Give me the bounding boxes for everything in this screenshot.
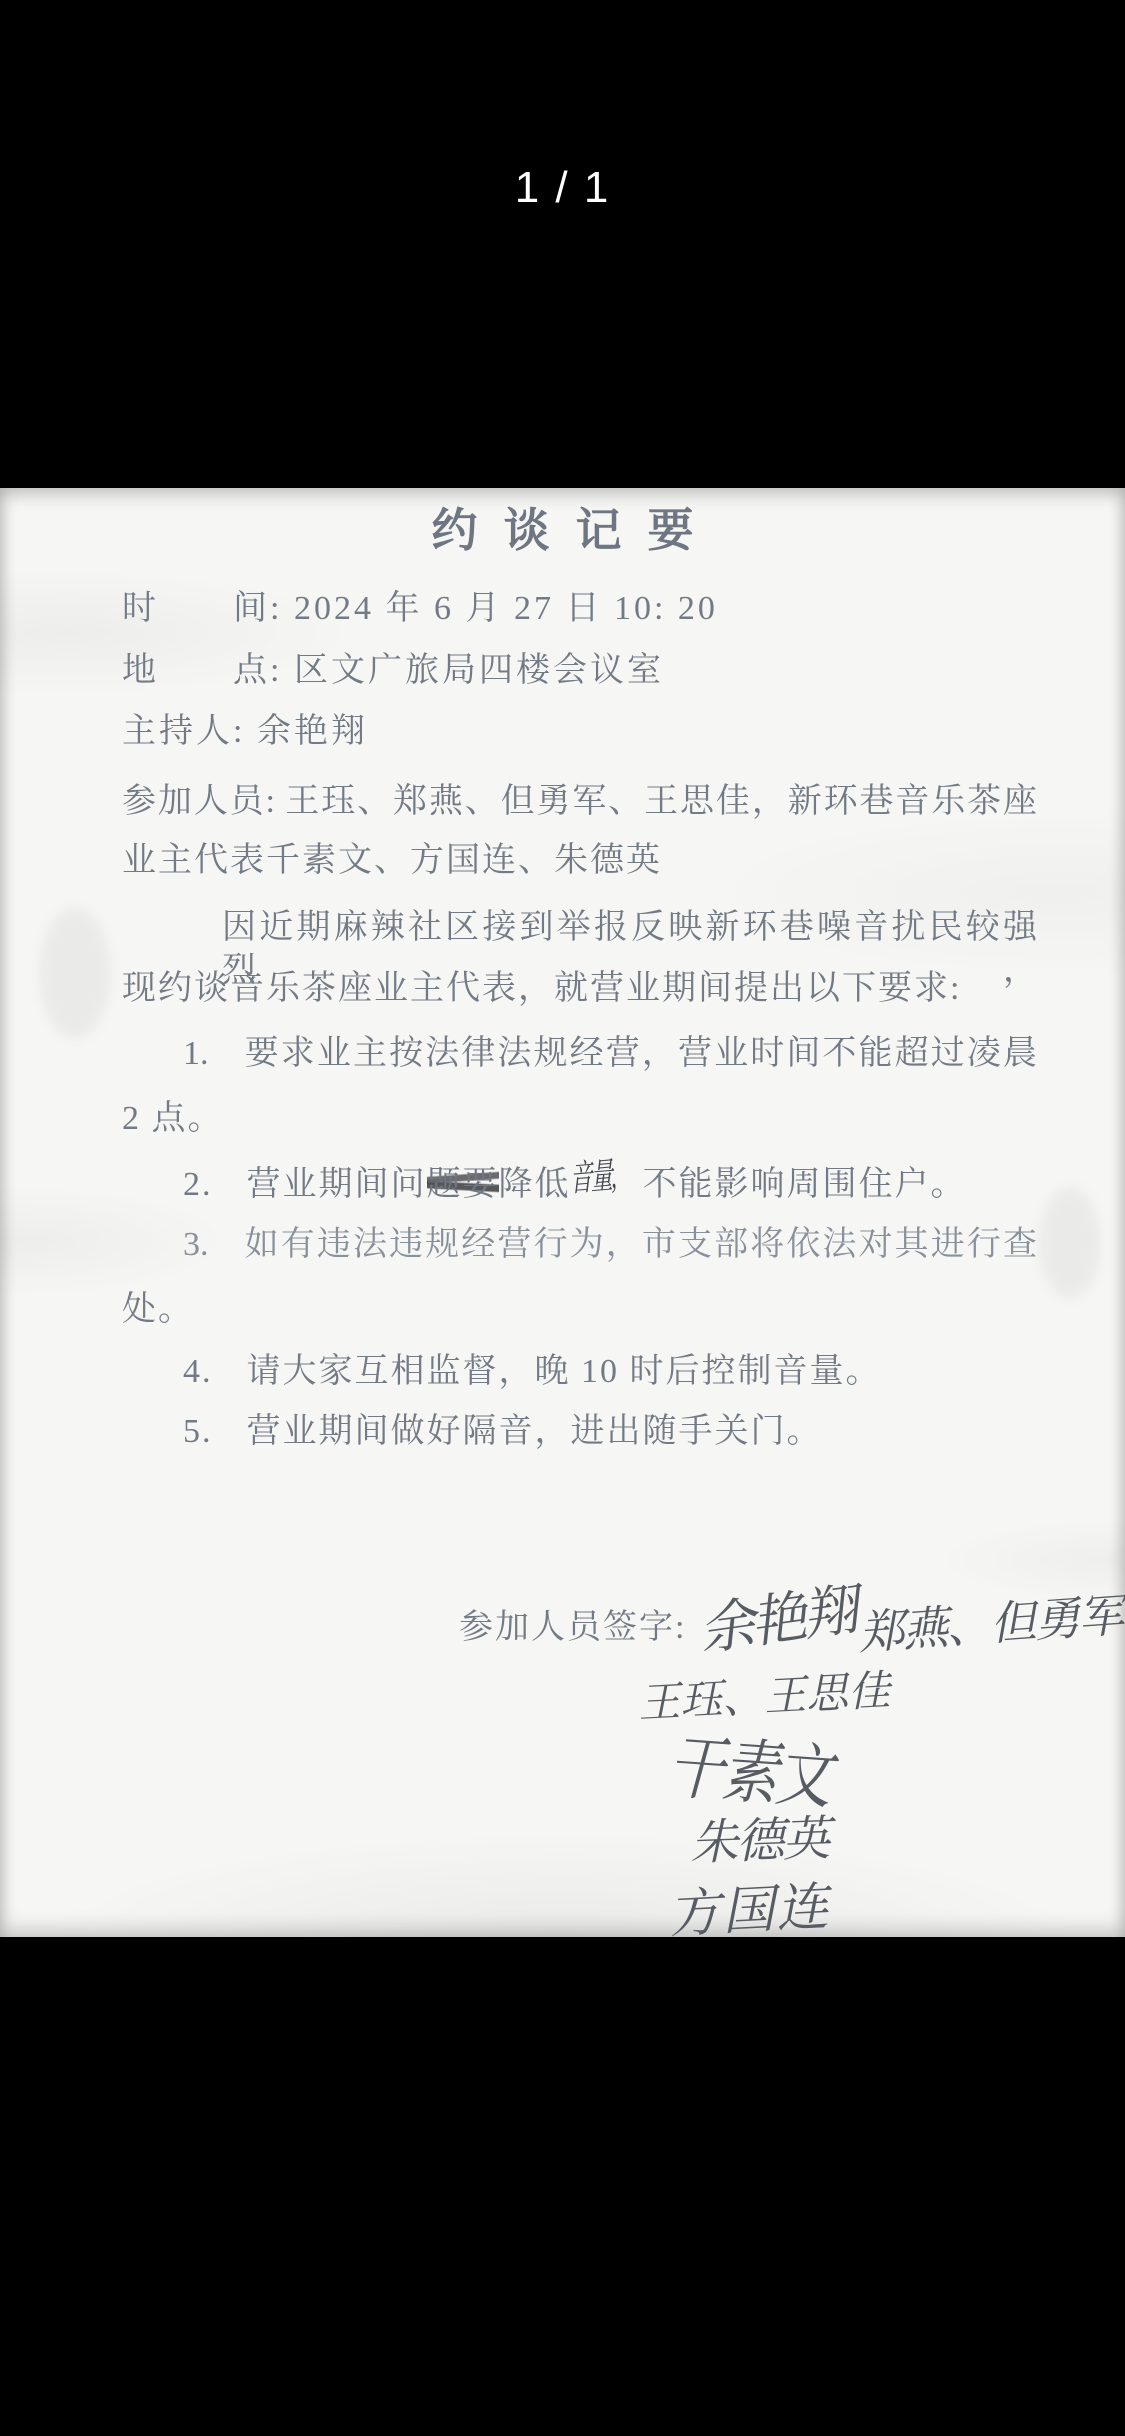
- item-5-line: 5.营业期间做好隔音，进出随手关门。: [183, 1411, 823, 1454]
- scanned-document-page[interactable]: [0, 488, 1125, 1937]
- item-1-text: 要求业主按法律法规经营，营业时间不能超过凌晨: [243, 1035, 1038, 1072]
- item-4-number: 4.: [183, 1351, 213, 1394]
- item-2-struck-text: 题要: [427, 1166, 499, 1203]
- meta-host-line: 主持人: 余艳翔: [122, 711, 368, 754]
- scan-smudge: [1040, 1188, 1100, 1298]
- item-1-number: 1.: [183, 1033, 209, 1076]
- item-2-handwritten-correction: 音量,: [569, 1153, 615, 1202]
- item-1-line-1: 1.要求业主按法律法规经营，营业时间不能超过凌晨: [183, 1033, 1037, 1076]
- meta-time-line: 时 间: 2024 年 6 月 27 日 10: 20: [122, 588, 718, 631]
- item-1-line-2: 2 点。: [122, 1098, 224, 1141]
- item-2-line: 2.营业期间问题要降低音量,不能影响周围住户。: [183, 1161, 967, 1207]
- signature-fang-guolian: 方国连: [666, 1864, 832, 1947]
- document-title: 约谈记要: [0, 494, 1125, 560]
- participants-line-2: 业主代表千素文、方国连、朱德英: [122, 840, 662, 883]
- signature-zhu-deying: 朱德英: [689, 1800, 829, 1874]
- item-5-number: 5.: [183, 1411, 213, 1454]
- item-3-line-2: 处。: [122, 1289, 194, 1332]
- intro-line-2: 现约谈音乐茶座业主代表，就营业期间提出以下要求:: [122, 968, 961, 1011]
- item-4-text: 请大家互相监督，晚 10 时后控制音量。: [247, 1353, 882, 1390]
- item-5-text: 营业期间做好隔音，进出随手关门。: [247, 1413, 823, 1450]
- item-3-text: 如有违法违规经营行为，市支部将依法对其进行查: [243, 1226, 1038, 1263]
- signature-label: 参加人员签字:: [459, 1607, 686, 1650]
- item-2-text-prefix: 营业期间问: [247, 1166, 427, 1203]
- meta-place-line: 地 点: 区文广旅局四楼会议室: [122, 650, 664, 693]
- item-2-text-suffix: 不能影响周围住户。: [643, 1166, 967, 1203]
- phone-screen: 1 / 1 约谈记要 时 间: 2024 年 6 月 27 日 10: 20 地…: [0, 0, 1125, 2436]
- item-4-line: 4.请大家互相监督，晚 10 时后控制音量。: [183, 1351, 882, 1394]
- item-3-line-1: 3.如有违法违规经营行为，市支部将依法对其进行查: [183, 1224, 1037, 1267]
- item-2-number: 2.: [183, 1164, 213, 1207]
- item-2-text-mid: 降低: [499, 1166, 571, 1203]
- scan-smudge: [40, 908, 110, 1038]
- page-indicator: 1 / 1: [0, 163, 1125, 213]
- participants-line-1: 参加人员: 王珏、郑燕、但勇军、王思佳，新环巷音乐茶座: [122, 781, 1037, 824]
- item-3-number: 3.: [183, 1224, 209, 1267]
